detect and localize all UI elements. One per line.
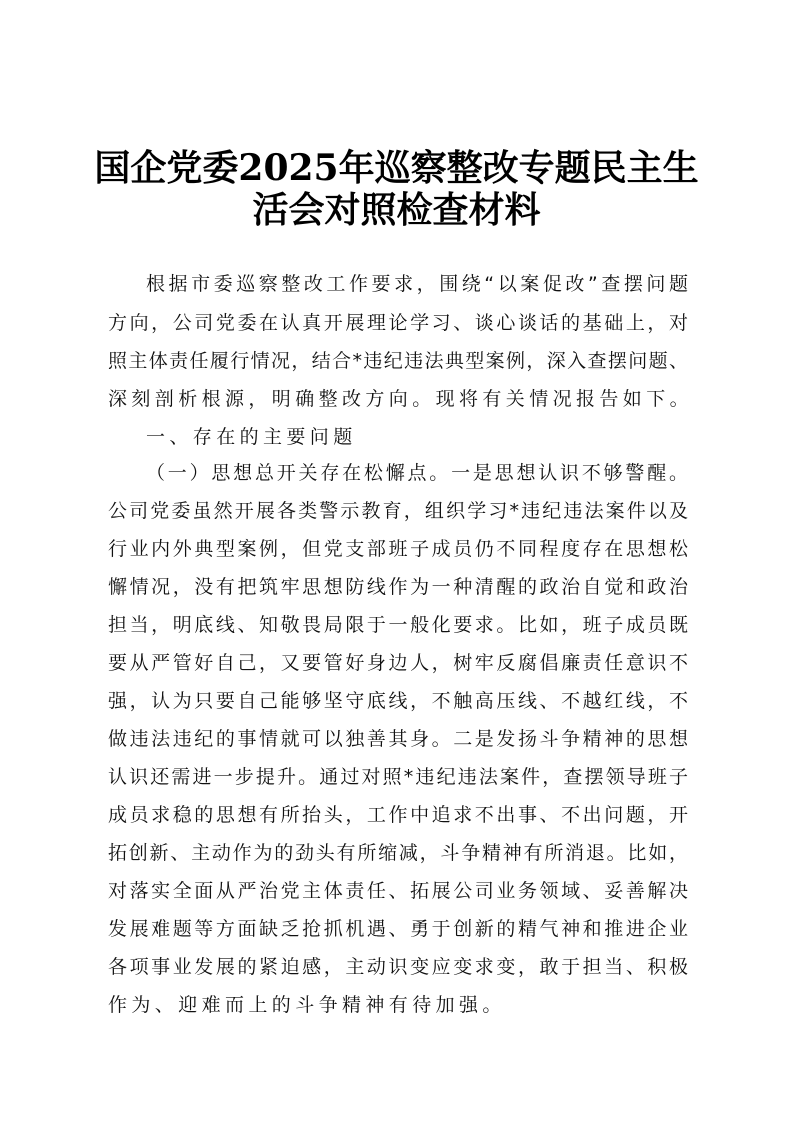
paragraph-line: 行业内外典型案例，但党支部班子成员仍不同程度存在思想松 bbox=[108, 537, 688, 561]
paragraph-line: 作为、迎难而上的斗争精神有待加强。 bbox=[108, 993, 688, 1017]
document-page: 国企党委2025年巡察整改专题民主生 活会对照检查材料 根据市委巡察整改工作要求… bbox=[0, 0, 793, 1122]
paragraph-line: 担当，明底线、知敬畏局限于一般化要求。比如，班子成员既 bbox=[108, 613, 688, 637]
paragraph-line: 方向，公司党委在认真开展理论学习、谈心谈话的基础上，对 bbox=[108, 311, 688, 335]
paragraph-line: 照主体责任履行情况，结合*违纪违法典型案例，深入查摆问题、 bbox=[108, 349, 688, 373]
section-heading: 一、存在的主要问题 bbox=[146, 425, 688, 449]
paragraph-line: 懈情况，没有把筑牢思想防线作为一种清醒的政治自觉和政治 bbox=[108, 575, 688, 599]
paragraph-line: 强，认为只要自己能够坚守底线，不触高压线、不越红线，不 bbox=[108, 689, 688, 713]
paragraph-line: 发展难题等方面缺乏抢抓机遇、勇于创新的精气神和推进企业 bbox=[108, 917, 688, 941]
paragraph-line: 成员求稳的思想有所抬头，工作中追求不出事、不出问题，开 bbox=[108, 803, 688, 827]
paragraph-line: 深刻剖析根源，明确整改方向。现将有关情况报告如下。 bbox=[108, 387, 688, 411]
paragraph-line: 对落实全面从严治党主体责任、拓展公司业务领域、妥善解决 bbox=[108, 879, 688, 903]
paragraph-line: 要从严管好自己，又要管好身边人，树牢反腐倡廉责任意识不 bbox=[108, 651, 688, 675]
paragraph-line: 拓创新、主动作为的劲头有所缩减，斗争精神有所消退。比如， bbox=[108, 841, 688, 865]
document-title-line-2: 活会对照检查材料 bbox=[80, 190, 713, 230]
document-title-line-1: 国企党委2025年巡察整改专题民主生 bbox=[80, 148, 713, 188]
paragraph-line: 根据市委巡察整改工作要求，围绕“以案促改”查摆问题 bbox=[146, 272, 688, 296]
paragraph-line: 各项事业发展的紧迫感，主动识变应变求变，敢于担当、积极 bbox=[108, 955, 688, 979]
paragraph-line: （一）思想总开关存在松懈点。一是思想认识不够警醒。 bbox=[146, 461, 688, 485]
paragraph-line: 公司党委虽然开展各类警示教育，组织学习*违纪违法案件以及 bbox=[108, 499, 688, 523]
paragraph-line: 认识还需进一步提升。通过对照*违纪违法案件，查摆领导班子 bbox=[108, 765, 688, 789]
paragraph-line: 做违法违纪的事情就可以独善其身。二是发扬斗争精神的思想 bbox=[108, 727, 688, 751]
